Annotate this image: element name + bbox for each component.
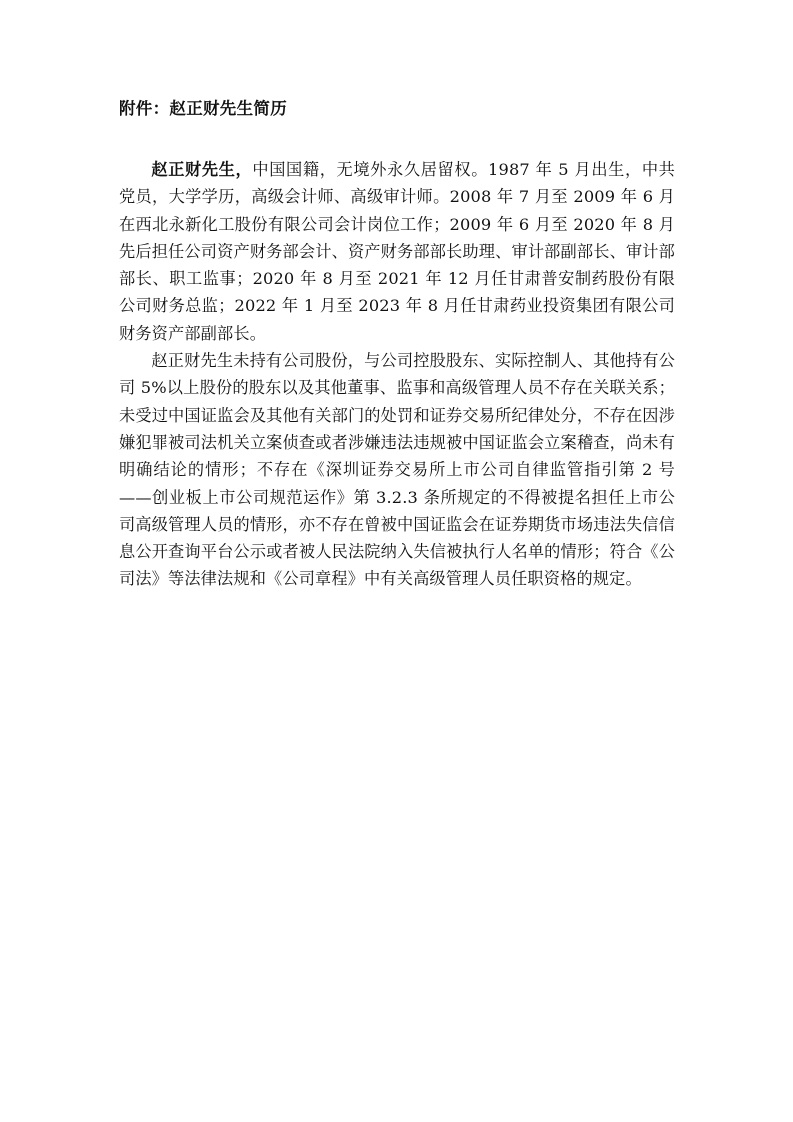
paragraph-text: 赵正财先生未持有公司股份，与公司控股股东、实际控制人、其他持有公司 5%以上股份… xyxy=(119,351,675,588)
paragraph-text: 中国国籍，无境外永久居留权。1987 年 5 月出生，中共党员，大学学历，高级会… xyxy=(119,160,675,343)
document-page: 附件：赵正财先生简历 赵正财先生，中国国籍，无境外永久居留权。1987 年 5 … xyxy=(119,96,675,593)
paragraph-disclosure: 赵正财先生未持有公司股份，与公司控股股东、实际控制人、其他持有公司 5%以上股份… xyxy=(119,347,675,593)
person-name-lead: 赵正财先生， xyxy=(151,160,252,179)
paragraph-biography: 赵正财先生，中国国籍，无境外永久居留权。1987 年 5 月出生，中共党员，大学… xyxy=(119,156,675,347)
document-title: 附件：赵正财先生简历 xyxy=(119,96,675,122)
